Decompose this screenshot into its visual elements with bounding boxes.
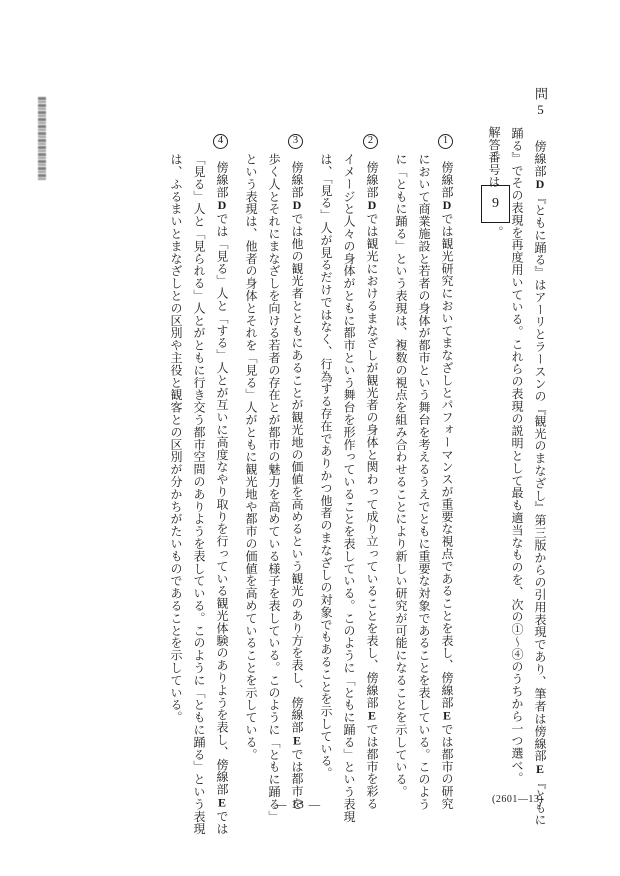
page-code: (2601—13) xyxy=(492,794,543,805)
option-3-line-1: 傍線部Dでは他の観光者とともにあることが観光地の価値を高めるという観光のあり方を… xyxy=(290,161,303,810)
question-number-label: 問5 xyxy=(533,87,547,119)
option-3-line-3: という表現は、他者の身体とそれを「見る」人がともに観光地や都市の価値を高めている… xyxy=(244,153,257,761)
option-1-marker: 1 xyxy=(438,134,453,149)
answer-number-box: 9 xyxy=(481,185,510,223)
question-stem-line-2: 踊る』でその表現を再度用いている。これらの表現の説明として最も適当なものを、次の… xyxy=(510,127,523,784)
page-number: — 13 — xyxy=(255,799,341,811)
answer-number: 9 xyxy=(492,196,499,212)
option-4-line-2: 「見る」人と「見られる」人とがともに行き交う都市空間のありようを表している。この… xyxy=(192,153,205,835)
option-3-line-2: 歩く人とそれにまなざしを向ける若者の存在とが都市の魅力を高めている様子を表してい… xyxy=(267,153,280,823)
option-1-digit: 1 xyxy=(443,136,448,147)
option-2-line-1: 傍線部Dでは観光におけるまなざしが観光者の身体と関わって成り立っていることを表し… xyxy=(365,161,378,810)
answer-number-caption: 解答番号は xyxy=(487,126,500,188)
option-1-line-3: に「ともに踊る」という表現は、複数の視点を組み合わせることにより新しい研究が可能… xyxy=(394,153,407,798)
answer-sentence-period: 。 xyxy=(489,226,506,238)
question-stem-line-1: 傍線部D『ともに踊る』はアーリとラースンの『観光のまなざし』第三版からの引用表現… xyxy=(533,140,546,826)
option-4-line-3: は、ふるまいとまなざしとの区別や主役と観客との区別が分かちがたいものであることを… xyxy=(169,153,182,723)
option-4-line-1: 傍線部Dでは「見る」人と「する」人とが互いに高度なやり取りを行っている観光体験の… xyxy=(215,161,228,835)
option-4-digit: 4 xyxy=(218,136,223,147)
option-3-marker: 3 xyxy=(288,134,303,149)
option-3-digit: 3 xyxy=(293,136,298,147)
option-2-marker: 2 xyxy=(363,134,378,149)
option-2-line-3: は、「見る」人が見るだけではなく、行為する存在でありかつ他者のまなざしの対象でも… xyxy=(319,153,332,779)
option-2-digit: 2 xyxy=(368,136,373,147)
option-2-line-2: イメージと人々の身体がともに都市という舞台を形作っていることを表している。このよ… xyxy=(342,153,355,823)
exam-page: 問5 傍線部D『ともに踊る』はアーリとラースンの『観光のまなざし』第三版からの引… xyxy=(0,0,620,876)
option-4-marker: 4 xyxy=(213,134,228,149)
margin-print-mark xyxy=(38,97,46,181)
option-1-line-2: において商業施設と若者の身体が都市という舞台を考えるうえでともに重要な対象である… xyxy=(417,153,430,810)
option-1-line-1: 傍線部Dでは観光研究においてまなざしとパフォーマンスが重要な視点であることを表し… xyxy=(440,161,453,810)
